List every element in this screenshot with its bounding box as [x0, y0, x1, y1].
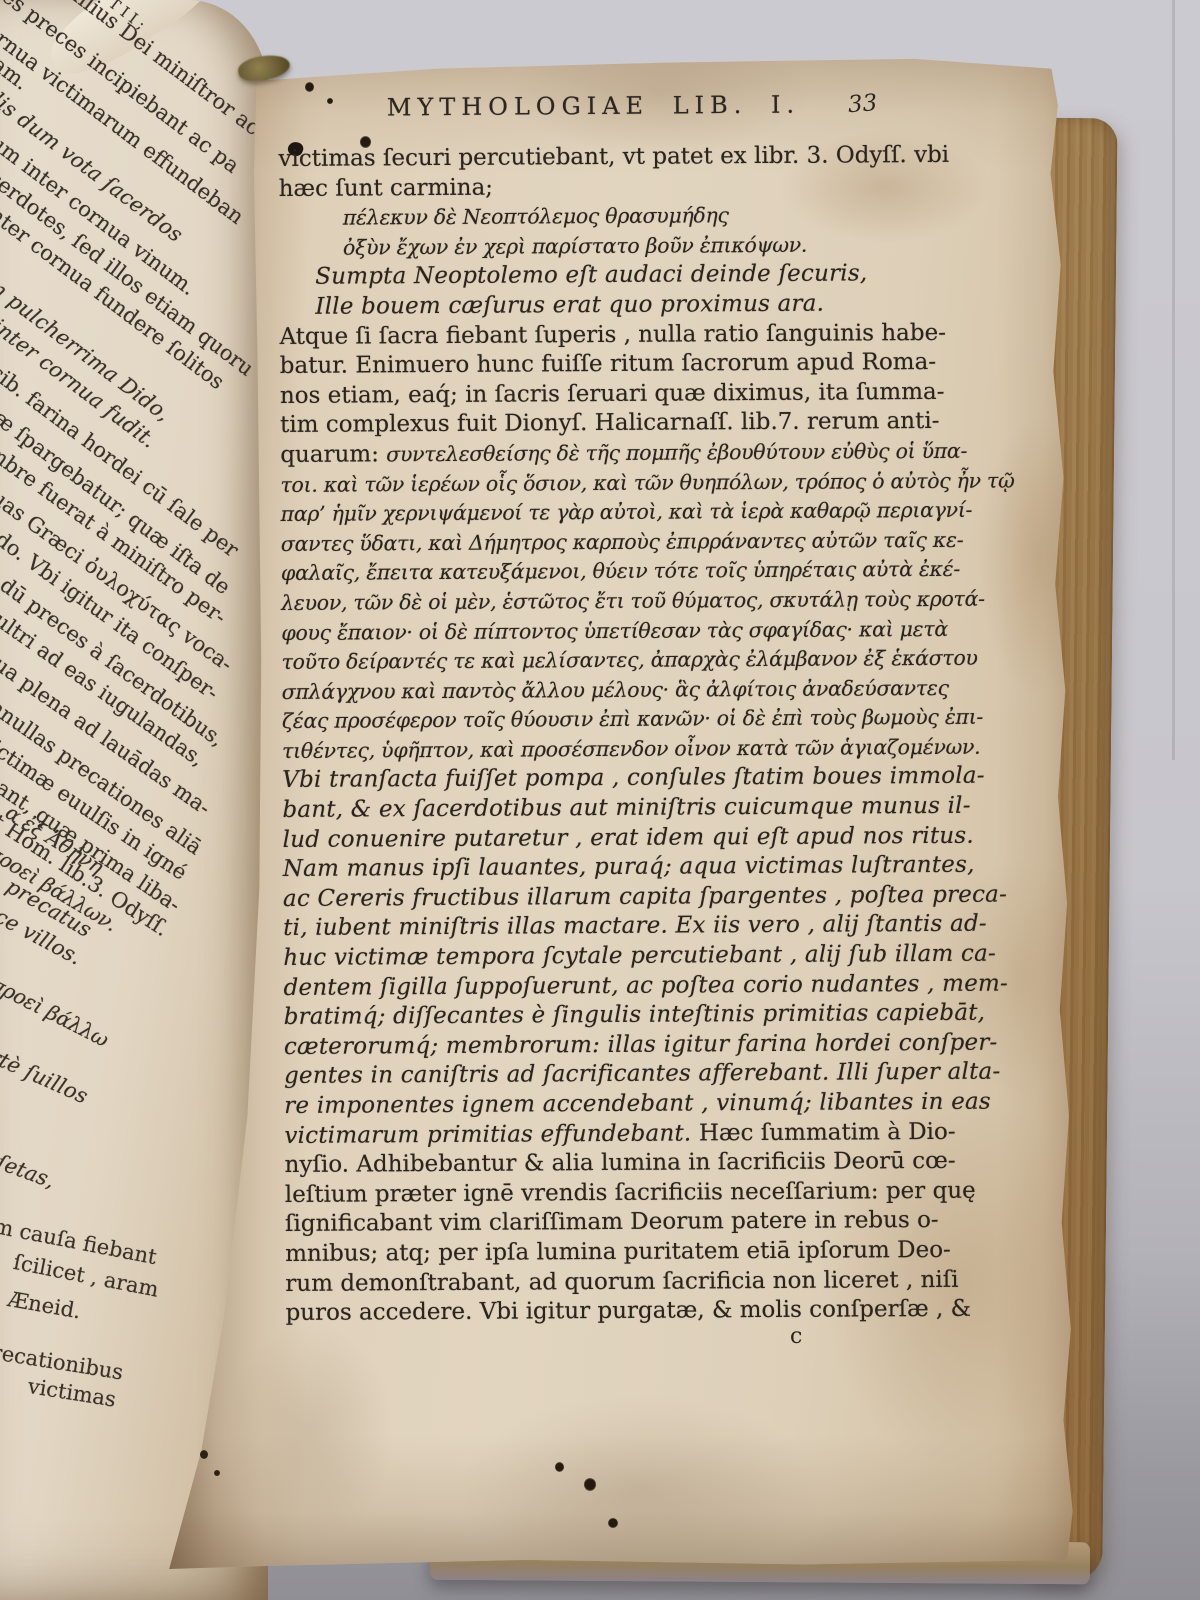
text-line: Sumpta Neoptolemo eſt audaci deinde ſecu… [315, 259, 919, 292]
text-line: tim complexus fuit Dionyſ. Halicarnaſſ. … [280, 407, 920, 441]
text-line: quarum: συντελεσθείσης δὲ τῆς πομπῆς ἐβο… [280, 437, 920, 471]
text-line: τιθέντες, ὑφῆπτον, καὶ προσέσπενδον οἶνο… [282, 733, 922, 767]
text-line: re imponentes ignem accendebant , vinumq… [284, 1088, 924, 1122]
text-line: victimarum primitias effundebant. Hæc ſu… [284, 1118, 924, 1152]
text-line: gentes in caniſtris ad ſacrificantes aff… [284, 1058, 924, 1092]
page-number: 33 [847, 90, 878, 118]
left-page-text-fragment: rtè ſuillos [0, 1044, 92, 1108]
left-page-text-fragment: ſetas, [0, 1150, 58, 1193]
book-photo: T I I ;m illius Dei miniſtror ac Pes pre… [0, 0, 1200, 1600]
signature-mark: c [790, 1324, 802, 1349]
text-line: ac Cereris fructibus illarum capita ſpar… [283, 881, 923, 915]
left-page-text-fragment: recationibus [0, 1340, 125, 1384]
text-line: puros accedere. Vbi igitur purgatæ, & mo… [285, 1295, 925, 1329]
text-line: τοι. καὶ τῶν ἱερέων οἷς ὅσιον, καὶ τῶν θ… [280, 467, 920, 501]
background-seam [1172, 0, 1175, 760]
running-title: MYTHOLOGIAE LIB. I. [282, 90, 905, 122]
wormhole-spot [200, 1450, 208, 1459]
text-line: σαντες ὕδατι, καὶ Δήμητρος καρποὺς ἐπιρρ… [281, 526, 921, 560]
text-line: ſignificabant vim clariſſimam Deorum pat… [285, 1206, 925, 1240]
text-line: ti, iubent miniſtris illas mactare. Ex i… [283, 910, 923, 944]
left-page-text-fragment: Æneid. [6, 1287, 83, 1323]
page-header: MYTHOLOGIAE LIB. I. 33 [282, 90, 905, 128]
text-line: Nam manus ipſi lauantes, puraq́; aqua vi… [283, 851, 923, 885]
text-line: dentem ſigilla ſuppoſuerunt, ac poſtea c… [283, 970, 923, 1004]
text-line: huc victimæ tempora ſcytale percutiebant… [283, 940, 923, 974]
wormhole-spot [608, 1518, 618, 1528]
left-page-text-fragment: m illius Dei miniſtror ac P [48, 0, 268, 152]
text-line: victimas ſecuri percutiebant, vt patet e… [278, 141, 918, 175]
text-line: πέλεκυν δὲ Νεοπτόλεμος θρασυμήδης [343, 200, 919, 233]
text-line: bant, & ex ſacerdotibus aut miniſtris cu… [282, 792, 922, 826]
text-line: lud conuenire putaretur , erat idem qui … [283, 822, 923, 856]
text-line: παρ’ ἡμῖν χερνιψάμενοί τε γὰρ αὐτοὶ, καὶ… [281, 496, 921, 530]
text-line: σπλάγχνου καὶ παντὸς ἄλλου μέλους· ἃς ἀλ… [282, 674, 922, 708]
text-line: nos etiam, eaq́; in ſacris ſeruari quæ d… [280, 378, 920, 412]
wormhole-spot [305, 82, 314, 92]
text-line: cæterorumq́; membrorum: illas igitur far… [284, 1029, 924, 1063]
text-line: mnibus; atq; per ipſa lumina puritatem e… [285, 1236, 925, 1270]
text-line: bratimq́; diſſecantes è ſingulis inteſti… [284, 999, 924, 1033]
wormhole-spot [214, 1470, 220, 1476]
text-line: rum demonſtrabant, ad quorum ſacrificia … [285, 1266, 925, 1300]
text-line: hæc ſunt carmina; [279, 171, 919, 205]
text-line: Ille bouem cæſurus erat quo proximus ara… [315, 289, 919, 322]
text-line: φαλαῖς, ἔπειτα κατευξάμενοι, θύειν τότε … [281, 555, 921, 589]
text-line: ζέας προσέφερον τοῖς θύουσιν ἐπὶ κανῶν· … [282, 703, 922, 737]
text-line: batur. Enimuero hunc fuiſſe ritum ſacror… [280, 348, 920, 382]
left-page-text-fragment: προεὶ βάλλω [0, 972, 113, 1052]
text-line: ὀξὺν ἔχων ἐν χερὶ παρίστατο βοῦν ἐπικόψω… [343, 230, 919, 263]
text-line: leſtium præter ignē vrendis ſacrificiis … [285, 1177, 925, 1211]
text-line: λευον, τῶν δὲ οἱ μὲν, ἑστῶτος ἔτι τοῦ θύ… [281, 585, 921, 619]
text-line: Vbi tranſacta fuiſſet pompa , conſules ſ… [282, 763, 922, 797]
right-page: MYTHOLOGIAE LIB. I. 33 victimas ſecuri p… [160, 52, 1080, 1572]
body-text: victimas ſecuri percutiebant, vt patet e… [278, 141, 925, 1329]
text-line: Atque ſi ſacra fiebant ſuperis , nulla r… [279, 319, 919, 353]
text-line: nyſio. Adhibebantur & alia lumina in ſac… [285, 1147, 925, 1181]
wormhole-spot [584, 1478, 596, 1491]
wormhole-spot [555, 1462, 564, 1472]
text-line: τοῦτο δείραντές τε καὶ μελίσαντες, ἀπαρχ… [281, 644, 921, 678]
text-line: φους ἔπαιον· οἱ δὲ πίπτοντος ὑπετίθεσαν … [281, 615, 921, 649]
